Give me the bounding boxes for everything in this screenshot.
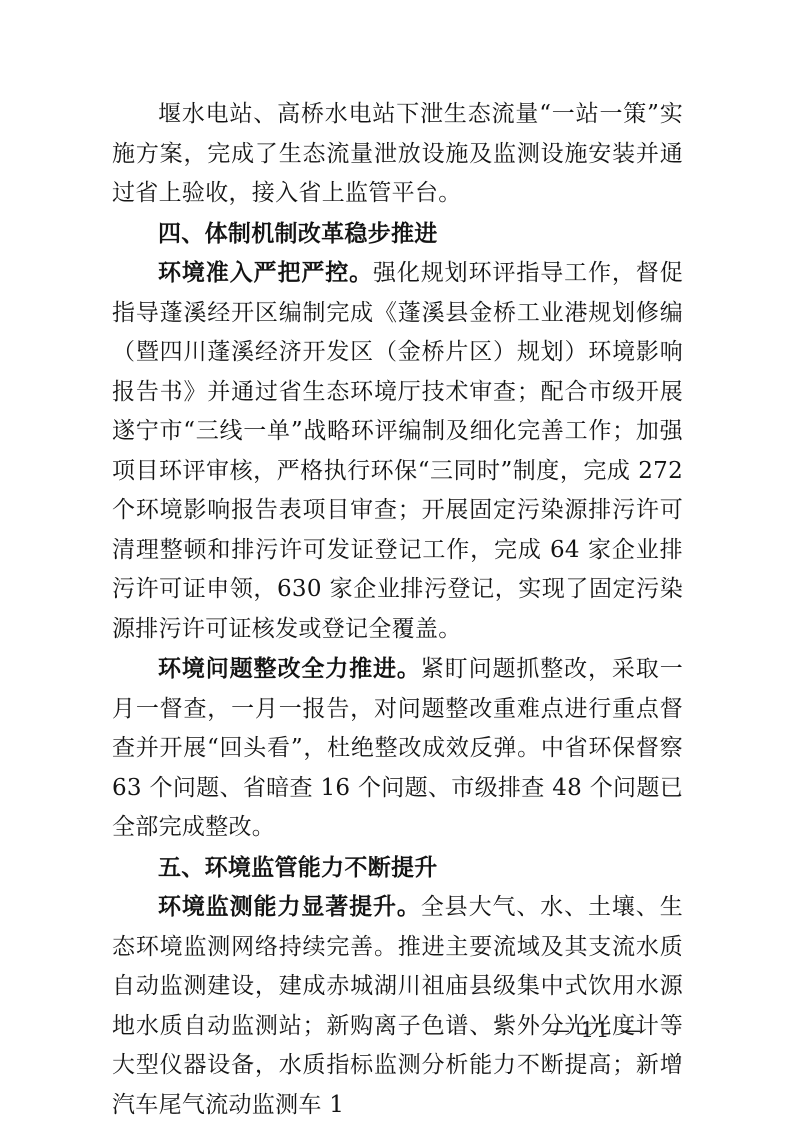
- section-4-paragraph-2: 环境问题整改全力推进。紧盯问题抓整改，采取一月一督查，一月一报告，对问题整改重难…: [112, 649, 683, 848]
- section-5-paragraph-1-lead: 环境监测能力显著提升。: [158, 893, 421, 920]
- paragraph-continuation: 堰水电站、高桥水电站下泄生态流量“一站一策”实施方案，完成了生态流量泄放设施及监…: [112, 95, 683, 214]
- section-4-paragraph-1-body: 强化规划环评指导工作，督促指导蓬溪经开区编制完成《蓬溪县金桥工业港规划修编（暨四…: [112, 260, 683, 642]
- document-page: 堰水电站、高桥水电站下泄生态流量“一站一策”实施方案，完成了生态流量泄放设施及监…: [0, 0, 793, 1122]
- section-5-heading: 五、环境监管能力不断提升: [112, 848, 683, 888]
- section-4-paragraph-2-lead: 环境问题整改全力推进。: [158, 655, 421, 682]
- section-5-paragraph-1: 环境监测能力显著提升。全县大气、水、土壤、生态环境监测网络持续完善。推进主要流域…: [112, 887, 683, 1122]
- section-4-paragraph-2-body: 紧盯问题抓整改，采取一月一督查，一月一报告，对问题整改重难点进行重点督查并开展“…: [112, 656, 683, 840]
- section-5-paragraph-1-body: 全县大气、水、土壤、生态环境监测网络持续完善。推进主要流域及其支流水质自动监测建…: [112, 894, 683, 1118]
- section-4-paragraph-1: 环境准入严把严控。强化规划环评指导工作，督促指导蓬溪经开区编制完成《蓬溪县金桥工…: [112, 253, 683, 649]
- section-4-heading: 四、体制机制改革稳步推进: [112, 214, 683, 254]
- section-4-paragraph-1-lead: 环境准入严把严控。: [158, 259, 373, 286]
- page-number: — 11 —: [549, 1018, 643, 1042]
- document-body: 堰水电站、高桥水电站下泄生态流量“一站一策”实施方案，完成了生态流量泄放设施及监…: [112, 95, 683, 1122]
